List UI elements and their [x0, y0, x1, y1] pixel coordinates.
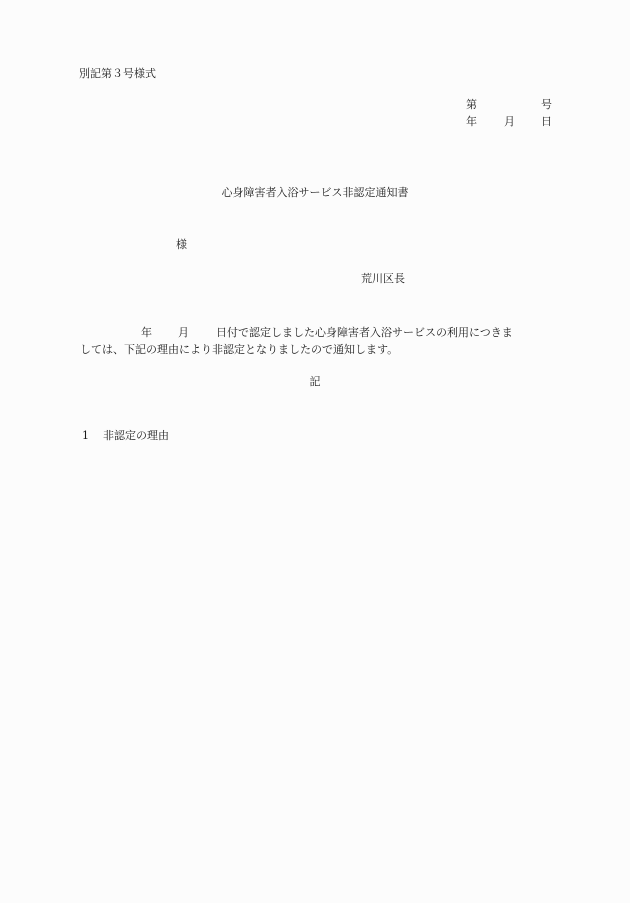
item-label: 非認定の理由 [103, 429, 169, 442]
ki-heading: 記 [0, 376, 630, 387]
issue-date-day: 日 [541, 116, 552, 127]
body-month: 月 [178, 326, 189, 339]
sender-name: 荒川区長 [361, 273, 405, 284]
body-year: 年 [141, 326, 152, 339]
doc-number-suffix: 号 [541, 99, 552, 110]
recipient-honorific: 様 [176, 239, 187, 250]
body-paragraph: 年月日付で認定しました心身障害者入浴サービスの利用につきま しては、下記の理由に… [80, 324, 552, 358]
document-number-row: 第 号 [466, 99, 552, 116]
document-title: 心身障害者入浴サービス非認定通知書 [0, 187, 630, 198]
body-line-1: 年月日付で認定しました心身障害者入浴サービスの利用につきま [80, 324, 552, 341]
doc-number-prefix: 第 [466, 99, 477, 110]
issue-date-year: 年 [466, 116, 477, 127]
list-item: 1非認定の理由 [82, 430, 169, 441]
issue-date-month: 月 [504, 116, 515, 127]
document-number-date-block: 第 号 年 月 日 [466, 99, 552, 133]
body-line-2: しては、下記の理由により非認定となりましたので通知します。 [80, 341, 552, 358]
issue-date-row: 年 月 日 [466, 116, 552, 133]
item-number: 1 [82, 430, 103, 441]
body-line-1-text: 日付で認定しました心身障害者入浴サービスの利用につきま [216, 326, 513, 339]
form-number: 別記第３号様式 [79, 68, 156, 79]
